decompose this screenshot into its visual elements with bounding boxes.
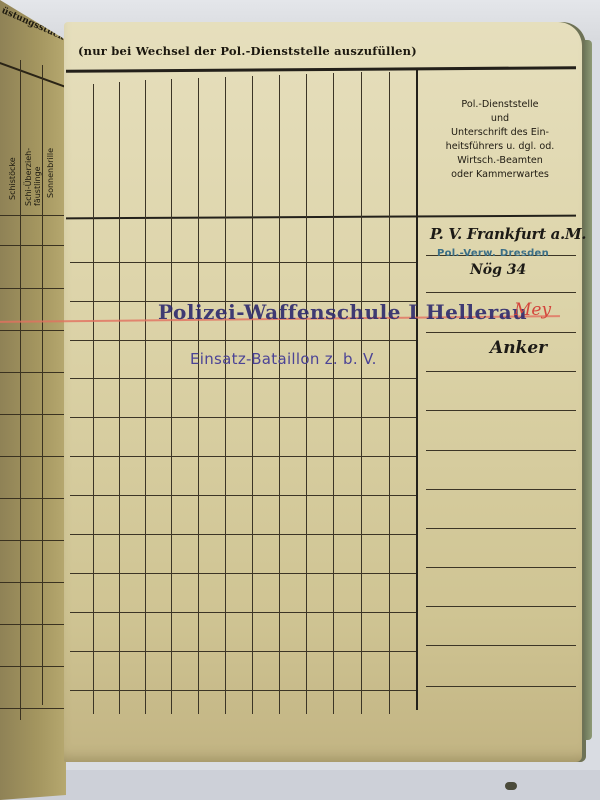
left-grid-line [0,372,66,373]
signature-column-divider [416,70,418,710]
sig-header-line: heitsführers u. dgl. od. [420,140,580,154]
column-label-faeustlinge: Schi-Überzieh-fäustlinge [24,146,42,206]
signature-column-header: Pol.-Dienststelle und Unterschrift des E… [420,98,580,182]
left-page: üstungsstücke Schistöcke Schi-Überzieh-f… [0,0,66,800]
booklet-clip [505,782,517,790]
grid-row-line [70,340,416,341]
column-label-schistoecke: Schistöcke [8,157,17,200]
grid-column-line [119,82,120,714]
signature-row-line [426,332,576,333]
grid-row-line [70,612,416,613]
sig-header-line: Pol.-Dienststelle [420,98,580,112]
grid-row-line [70,262,416,263]
left-grid-line [0,582,66,583]
grid-column-line [145,80,146,714]
grid-column-line [252,76,253,714]
handwritten-unit: P. V. Frankfurt a.M. [430,225,586,243]
grid-row-line [70,573,416,574]
signature-row-line [426,686,576,687]
grid-row-line [70,456,416,457]
sig-header-line: oder Kammerwartes [420,168,580,182]
grid-column-line [279,75,280,714]
grid-column-line [171,79,172,714]
school-stamp: Polizei-Waffenschule I Hellerau [158,300,527,324]
signature-row-line [426,292,576,293]
instruction-text: (nur bei Wechsel der Pol.-Dienststelle a… [78,44,417,58]
red-signature: Mey [514,300,551,320]
left-grid-line [0,666,66,667]
grid-column-line [198,78,199,714]
grid-column-line [389,72,390,714]
left-grid-line [20,60,21,720]
left-grid-line [0,414,66,415]
left-grid-line [0,540,66,541]
left-grid-line [0,245,66,246]
left-grid-line [0,498,66,499]
signature-row-line [426,410,576,411]
signature-row-line [426,606,576,607]
left-grid-line [0,330,66,331]
grid-row-line [70,534,416,535]
handwritten-date: Nög 34 [470,262,526,278]
left-grid-line [0,456,66,457]
grid-column-line [93,84,94,714]
grid-column-line [333,73,334,714]
battalion-stamp: Einsatz-Bataillon z. b. V. [190,350,377,368]
grid-row-line [70,495,416,496]
small-blue-stamp: Pol.-Verw. Dresden [437,248,549,259]
grid-row-line [70,378,416,379]
booklet-cover-edge [584,40,592,740]
signature-row-line [426,567,576,568]
grid-row-line [70,651,416,652]
sig-header-line: Unterschrift des Ein- [420,126,580,140]
grid-column-line [361,72,362,714]
signature-row-line [426,489,576,490]
left-grid-line [42,65,43,705]
grid-column-line [225,77,226,714]
signature-row-line [426,528,576,529]
sig-header-line: und [420,112,580,126]
signature-row-line [426,371,576,372]
left-grid-line [0,708,66,709]
grid-row-line [70,690,416,691]
grid-row-line [70,417,416,418]
sig-header-line: Wirtsch.-Beamten [420,154,580,168]
signature-row-line [426,645,576,646]
left-grid-line [0,215,66,216]
column-label-sonnenbrille: Sonnenbrille [46,148,55,198]
grid-column-line [306,74,307,714]
signature: Anker [490,338,547,358]
left-grid-line [0,624,66,625]
signature-row-line [426,450,576,451]
left-grid-line [0,288,66,289]
